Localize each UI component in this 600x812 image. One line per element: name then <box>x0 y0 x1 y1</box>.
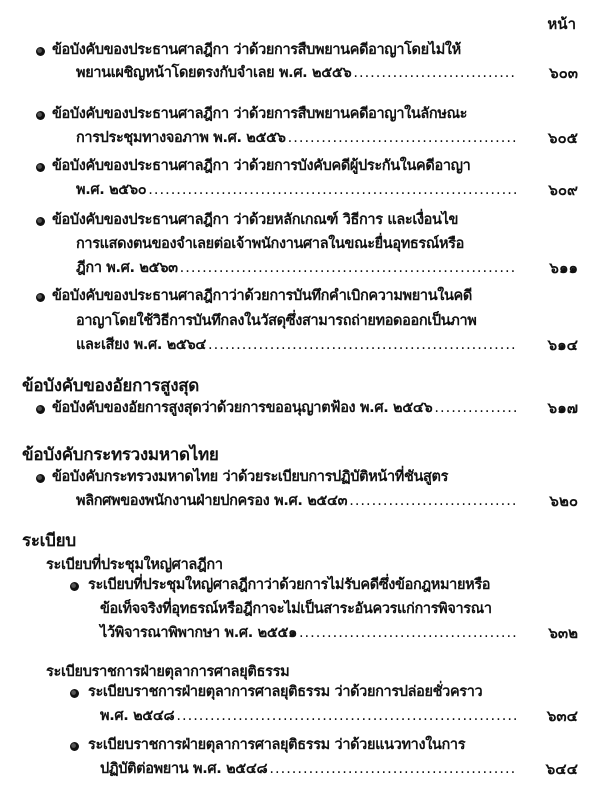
entry-title-line: ข้อบังคับของประธานศาลฎีกา ว่าด้วยการสืบพ… <box>52 40 461 60</box>
entry-title-last-line: พยานเผชิญหน้าโดยตรงกับจำเลย พ.ศ. ๒๕๕๖ <box>76 63 516 83</box>
entry-title-text: และเสียง พ.ศ. ๒๕๖๔ <box>76 335 206 355</box>
leader-dots <box>349 491 516 511</box>
entry-title-text: การประชุมทางจอภาพ พ.ศ. ๒๕๕๖ <box>76 128 286 148</box>
bullet-icon <box>36 47 45 56</box>
entry-title-text: พ.ศ. ๒๕๔๘ <box>100 706 174 726</box>
section-title-ministry-of-interior: ข้อบังคับกระทรวงมหาดไทย <box>22 441 219 468</box>
leader-dots <box>176 706 516 726</box>
entry-title-text: ข้อบังคับของอัยการสูงสุดว่าด้วยการขออนุญ… <box>52 398 432 418</box>
entry-title-text: พ.ศ. ๒๕๖๐ <box>76 180 146 200</box>
entry-title-line: ระเบียบราชการฝ่ายตุลาการศาลยุติธรรม ว่าด… <box>88 682 482 702</box>
leader-dots <box>269 759 516 779</box>
entry-title-text: ปฏิบัติต่อพยาน พ.ศ. ๒๕๔๘ <box>100 759 267 779</box>
leader-dots <box>180 258 516 278</box>
entry-title-line: ข้อบังคับของประธานศาลฎีกา ว่าด้วยการบังค… <box>52 156 470 176</box>
page-column-header: หน้า <box>547 12 576 36</box>
bullet-icon <box>70 742 79 751</box>
subsection-title-supreme-court-plenary: ระเบียบที่ประชุมใหญ่ศาลฎีกา <box>46 553 223 576</box>
section-title-attorney-general: ข้อบังคับของอัยการสูงสุด <box>22 372 199 399</box>
entry-page-number: ๖๔๔ <box>530 759 578 779</box>
entry-title-line: ข้อบังคับกระทรวงมหาดไทย ว่าด้วยระเบียบกา… <box>52 467 448 487</box>
entry-title-last-line: พ.ศ. ๒๕๔๘ <box>100 706 516 726</box>
entry-page-number: ๖๐๕ <box>530 128 578 148</box>
entry-title-last-line: และเสียง พ.ศ. ๒๕๖๔ <box>76 335 516 355</box>
leader-dots <box>288 128 516 148</box>
leader-dots <box>208 335 516 355</box>
entry-page-number: ๖๒๐ <box>530 491 578 511</box>
bullet-icon <box>70 582 79 591</box>
toc-page: หน้า ข้อบังคับของประธานศาลฎีกา ว่าด้วยกา… <box>0 0 600 812</box>
entry-title-last-line: ฎีกา พ.ศ. ๒๕๖๓ <box>76 258 516 278</box>
entry-page-number: ๖๑๗ <box>530 398 578 418</box>
entry-title-text: ไว้พิจารณาพิพากษา พ.ศ. ๒๕๕๑ <box>100 623 297 643</box>
entry-title-last-line: ไว้พิจารณาพิพากษา พ.ศ. ๒๕๕๑ <box>100 623 516 643</box>
section-title-regulations: ระเบียบ <box>22 527 76 554</box>
entry-title-line: การแสดงตนของจำเลยต่อเจ้าพนักงานศาลในขณะย… <box>76 234 464 254</box>
entry-title-last-line: การประชุมทางจอภาพ พ.ศ. ๒๕๕๖ <box>76 128 516 148</box>
entry-title-last-line: ข้อบังคับของอัยการสูงสุดว่าด้วยการขออนุญ… <box>52 398 516 418</box>
bullet-icon <box>70 689 79 698</box>
entry-title-last-line: พลิกศพของพนักงานฝ่ายปกครอง พ.ศ. ๒๕๔๓ <box>76 491 516 511</box>
entry-title-line: ข้อบังคับของประธานศาลฎีกา ว่าด้วยหลักเกณ… <box>52 210 458 230</box>
entry-page-number: ๖๓๔ <box>530 706 578 726</box>
bullet-icon <box>36 293 45 302</box>
entry-title-text: พยานเผชิญหน้าโดยตรงกับจำเลย พ.ศ. ๒๕๕๖ <box>76 63 351 83</box>
bullet-icon <box>36 474 45 483</box>
entry-title-line: ข้อเท็จจริงที่อุทธรณ์หรือฎีกาจะไม่เป็นสา… <box>100 599 492 619</box>
entry-title-last-line: ปฏิบัติต่อพยาน พ.ศ. ๒๕๔๘ <box>100 759 516 779</box>
subsection-title-judicial-affairs: ระเบียบราชการฝ่ายตุลาการศาลยุติธรรม <box>46 660 289 683</box>
bullet-icon <box>36 111 45 120</box>
entry-title-line: ระเบียบราชการฝ่ายตุลาการศาลยุติธรรม ว่าด… <box>88 735 465 755</box>
entry-title-line: ข้อบังคับของประธานศาลฎีกา ว่าด้วยการสืบพ… <box>52 104 467 124</box>
entry-page-number: ๖๓๒ <box>530 623 578 643</box>
bullet-icon <box>36 217 45 226</box>
bullet-icon <box>36 405 45 414</box>
leader-dots <box>299 623 516 643</box>
entry-title-last-line: พ.ศ. ๒๕๖๐ <box>76 180 516 200</box>
leader-dots <box>353 63 516 83</box>
entry-title-text: ฎีกา พ.ศ. ๒๕๖๓ <box>76 258 178 278</box>
entry-title-text: พลิกศพของพนักงานฝ่ายปกครอง พ.ศ. ๒๕๔๓ <box>76 491 347 511</box>
entry-title-line: ข้อบังคับของประธานศาลฎีกาว่าด้วยการบันทึ… <box>52 286 472 306</box>
leader-dots <box>434 398 516 418</box>
leader-dots <box>148 180 516 200</box>
entry-page-number: ๖๑๑ <box>530 258 578 278</box>
entry-page-number: ๖๐๙ <box>530 180 578 200</box>
entry-page-number: ๖๑๔ <box>530 335 578 355</box>
entry-title-line: ระเบียบที่ประชุมใหญ่ศาลฎีกาว่าด้วยการไม่… <box>88 575 490 595</box>
entry-title-line: อาญาโดยใช้วิธีการบันทึกลงในวัสดุซึ่งสามา… <box>76 311 477 331</box>
bullet-icon <box>36 163 45 172</box>
entry-page-number: ๖๐๓ <box>530 63 578 83</box>
